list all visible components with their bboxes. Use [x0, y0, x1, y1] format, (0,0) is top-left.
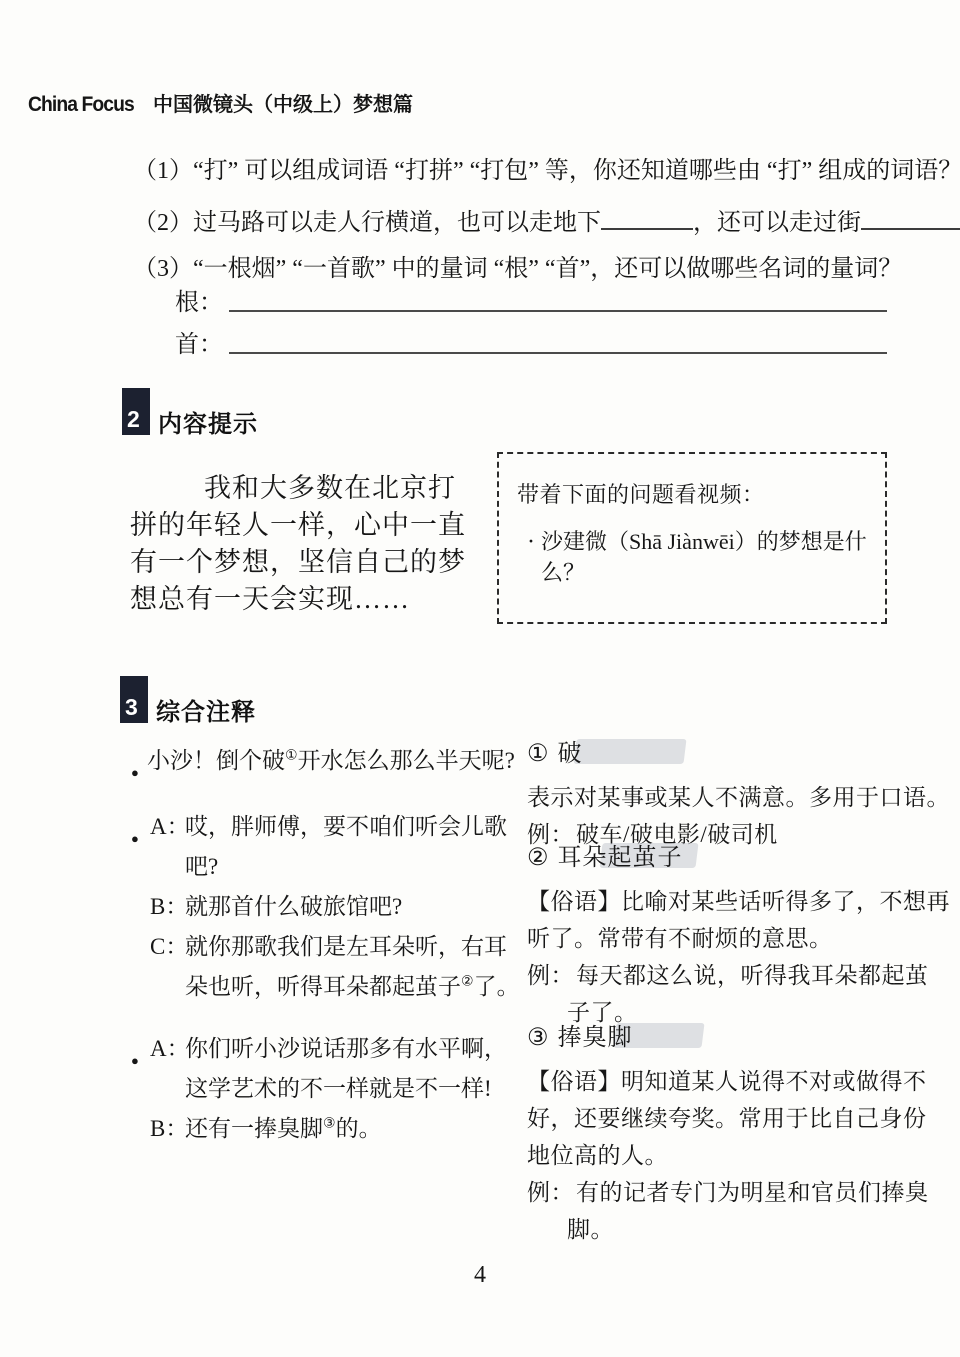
narration-line: 有一个梦想，坚信自己的梦: [130, 544, 475, 581]
example-text: 脚。: [527, 1211, 927, 1248]
question-2-label: （2）: [133, 210, 193, 236]
note-ref-2: ②: [461, 974, 474, 989]
section-2-number-badge: 2: [122, 388, 150, 435]
question-1-text: “打” 可以组成词语 “打拼” “打包” 等，你还知道哪些由 “打” 组成的词语…: [193, 158, 960, 184]
speaker-label: A：: [150, 807, 185, 847]
annotation-2-example: 例：每天都这么说，听得我耳朵都起茧: [527, 957, 927, 994]
dialogue-content: A：哎，胖师傅，要不咱们听会儿歌 吧? B：就那首什么破旅馆吧? C：就你那歌我…: [150, 807, 523, 1007]
speaker-label: A：: [150, 1029, 185, 1069]
dialogue-text: 吧?: [185, 854, 218, 879]
section-3-number: 3: [125, 694, 138, 721]
dialogue-line: C：就你那歌我们是左耳朵听，右耳: [150, 927, 523, 967]
definition-text: 好，还要继续夸奖。常用于比自己身份: [527, 1106, 927, 1131]
answer-line: [229, 310, 887, 312]
annotation-3-definition: 好，还要继续夸奖。常用于比自己身份: [527, 1100, 927, 1137]
dialogue-line: 这学艺术的不一样就是不一样!: [150, 1069, 523, 1109]
question-2-text-1: 过马路可以走人行横道，也可以走地下: [193, 210, 601, 236]
annotation-2-term-line: ②耳朵起茧子: [527, 843, 927, 877]
narration-line: 我和大多数在北京打: [130, 470, 475, 507]
video-box-prompt: 带着下面的问题看视频：: [517, 478, 875, 509]
dialogue-text: 还有一捧臭脚: [185, 1116, 323, 1141]
bullet-marker-icon: ●: [131, 1041, 139, 1081]
answer-line: [229, 352, 887, 354]
annotation-3-example: 例：有的记者专门为明星和官员们捧臭: [527, 1174, 927, 1211]
dialogue-text: 你们听小沙说话那多有水平啊，: [185, 1036, 507, 1061]
video-question-box: 带着下面的问题看视频： · 沙建微（Shā Jiànwēi）的梦想是什么？: [497, 452, 887, 624]
question-2-text-2: ，还可以走过街: [693, 210, 861, 236]
page-number: 4: [0, 1262, 960, 1289]
speaker-label: B：: [150, 887, 185, 927]
exercise-questions: （1）“打” 可以组成词语 “打拼” “打包” 等，你还知道哪些由 “打” 组成…: [122, 142, 922, 372]
dialogue-line: B：还有一捧臭脚③的。: [150, 1109, 523, 1149]
dialogue-text: 了。: [474, 974, 520, 999]
example-text: 有的记者专门为明星和官员们捧臭: [576, 1180, 929, 1205]
video-box-question: 沙建微（Shā Jiànwēi）的梦想是什么？: [541, 525, 875, 587]
answer-gen-label: 根：: [175, 282, 223, 317]
answer-shou-label: 首：: [175, 324, 223, 359]
dialogue-text: 哎，胖师傅，要不咱们听会儿歌: [185, 814, 507, 839]
dialogue-content: A：你们听小沙说话那多有水平啊， 这学艺术的不一样就是不一样! B：还有一捧臭脚…: [150, 1029, 523, 1149]
dialogue-line: A：哎，胖师傅，要不咱们听会儿歌: [150, 807, 523, 847]
dialogue-text: 就你那歌我们是左耳朵听，右耳: [185, 934, 507, 959]
usage-tag: 【俗语】: [527, 1069, 621, 1094]
annotation-2: ②耳朵起茧子 【俗语】比喻对某些话听得多了，不想再 听了。常带有不耐烦的意思。 …: [527, 843, 927, 1031]
bullet-dot-icon: ·: [527, 529, 535, 556]
question-3-label: （3）: [133, 256, 193, 282]
definition-text: 明知道某人说得不对或做得不: [621, 1069, 927, 1094]
annotation-1: ①破 表示对某事或某人不满意。多用于口语。 例：破车/破电影/破司机: [527, 739, 927, 853]
answer-row-gen: 根：: [175, 282, 887, 317]
textbook-page: China Focus 中国微镜头（中级上）梦想篇 （1）“打” 可以组成词语 …: [0, 0, 960, 1357]
video-box-question-item: · 沙建微（Shā Jiànwēi）的梦想是什么？: [517, 525, 875, 587]
question-3: （3）“一根烟” “一首歌” 中的量词 “根” “首”，还可以做哪些名词的量词？: [133, 248, 902, 283]
annotation-3: ③捧臭脚 【俗语】明知道某人说得不对或做得不 好，还要继续夸奖。常用于比自己身份…: [527, 1023, 927, 1248]
dialogue-line: 小沙！倒个破①开水怎么那么半天呢?: [147, 741, 523, 781]
dialogue-text: 小沙！倒个破: [147, 748, 285, 773]
fill-in-blank-2: [861, 208, 960, 230]
dialogue-text: 这学艺术的不一样就是不一样!: [185, 1076, 492, 1101]
narration-paragraph: 我和大多数在北京打 拼的年轻人一样，心中一直 有一个梦想，坚信自己的梦 想总有一…: [130, 470, 475, 618]
running-header: China Focus 中国微镜头（中级上）梦想篇: [28, 88, 413, 117]
dialogue-text: 朵也听，听得耳朵都起茧子: [185, 974, 461, 999]
note-ref-3: ③: [323, 1116, 336, 1131]
speaker-label: B：: [150, 1109, 185, 1149]
narration-line: 拼的年轻人一样，心中一直: [130, 507, 475, 544]
annotation-1-number: ①: [527, 741, 549, 767]
annotation-1-term: 破: [558, 741, 583, 767]
bullet-marker-icon: ●: [131, 819, 139, 859]
usage-tag: 【俗语】: [527, 889, 621, 914]
dialogue-line: A：你们听小沙说话那多有水平啊，: [150, 1029, 523, 1069]
annotation-1-term-line: ①破: [527, 739, 927, 773]
section-3-title: 综合注释: [156, 692, 256, 727]
dialogue-line: 吧?: [150, 847, 523, 887]
dialogue-line: B：就那首什么破旅馆吧?: [150, 887, 523, 927]
book-title: 中国微镜头（中级上）梦想篇: [153, 88, 413, 117]
annotation-2-definition: 【俗语】比喻对某些话听得多了，不想再: [527, 883, 927, 920]
annotation-3-definition: 【俗语】明知道某人说得不对或做得不: [527, 1063, 927, 1100]
narration-line: 想总有一天会实现……: [130, 581, 475, 618]
dialogue-group-2: ● A：哎，胖师傅，要不咱们听会儿歌 吧? B：就那首什么破旅馆吧? C：就你那…: [125, 807, 523, 1007]
definition-text: 表示对某事或某人不满意。多用于口语。: [527, 785, 950, 810]
section-2-title: 内容提示: [158, 404, 258, 439]
definition-text: 比喻对某些话听得多了，不想再: [621, 889, 950, 914]
dialogue-text: 开水怎么那么半天呢?: [298, 748, 515, 773]
annotation-3-number: ③: [527, 1025, 549, 1051]
example-label: 例：: [527, 1180, 574, 1205]
answer-row-shou: 首：: [175, 324, 887, 359]
annotation-1-definition: 表示对某事或某人不满意。多用于口语。: [527, 779, 927, 816]
question-1: （1）“打” 可以组成词语 “打拼” “打包” 等，你还知道哪些由 “打” 组成…: [133, 150, 960, 185]
annotation-2-number: ②: [527, 845, 549, 871]
question-2: （2）过马路可以走人行横道，也可以走地下，还可以走过街。: [133, 202, 960, 237]
brand-logo-text: China Focus: [28, 93, 134, 117]
example-label: 例：: [527, 963, 574, 988]
dialogue-text: 的。: [336, 1116, 382, 1141]
bullet-marker-icon: ●: [131, 753, 139, 793]
annotation-3-term-line: ③捧臭脚: [527, 1023, 927, 1057]
annotation-2-definition: 听了。常带有不耐烦的意思。: [527, 920, 927, 957]
dialogue-line: 朵也听，听得耳朵都起茧子②了。: [150, 967, 523, 1007]
dialogue-content: 小沙！倒个破①开水怎么那么半天呢?: [147, 741, 523, 781]
annotation-3-example: 脚。: [527, 1211, 927, 1248]
annotation-2-term: 耳朵起茧子: [558, 845, 683, 871]
annotation-3-term: 捧臭脚: [558, 1025, 633, 1051]
fill-in-blank-1: [601, 208, 693, 230]
definition-text: 地位高的人。: [527, 1143, 668, 1168]
example-text: 每天都这么说，听得我耳朵都起茧: [576, 963, 929, 988]
definition-text: 听了。常带有不耐烦的意思。: [527, 926, 833, 951]
speaker-label: C：: [150, 927, 185, 967]
question-1-label: （1）: [133, 158, 193, 184]
dialogue-text: 就那首什么破旅馆吧?: [185, 894, 402, 919]
dialogue-group-1: ● 小沙！倒个破①开水怎么那么半天呢?: [125, 741, 523, 781]
dialogue-group-3: ● A：你们听小沙说话那多有水平啊， 这学艺术的不一样就是不一样! B：还有一捧…: [125, 1029, 523, 1149]
section-2-number: 2: [127, 406, 140, 433]
section-3-number-badge: 3: [120, 676, 148, 723]
annotation-3-definition: 地位高的人。: [527, 1137, 927, 1174]
question-3-text: “一根烟” “一首歌” 中的量词 “根” “首”，还可以做哪些名词的量词？: [193, 256, 902, 282]
note-ref-1: ①: [285, 748, 298, 763]
highlight-smudge: [573, 739, 686, 764]
